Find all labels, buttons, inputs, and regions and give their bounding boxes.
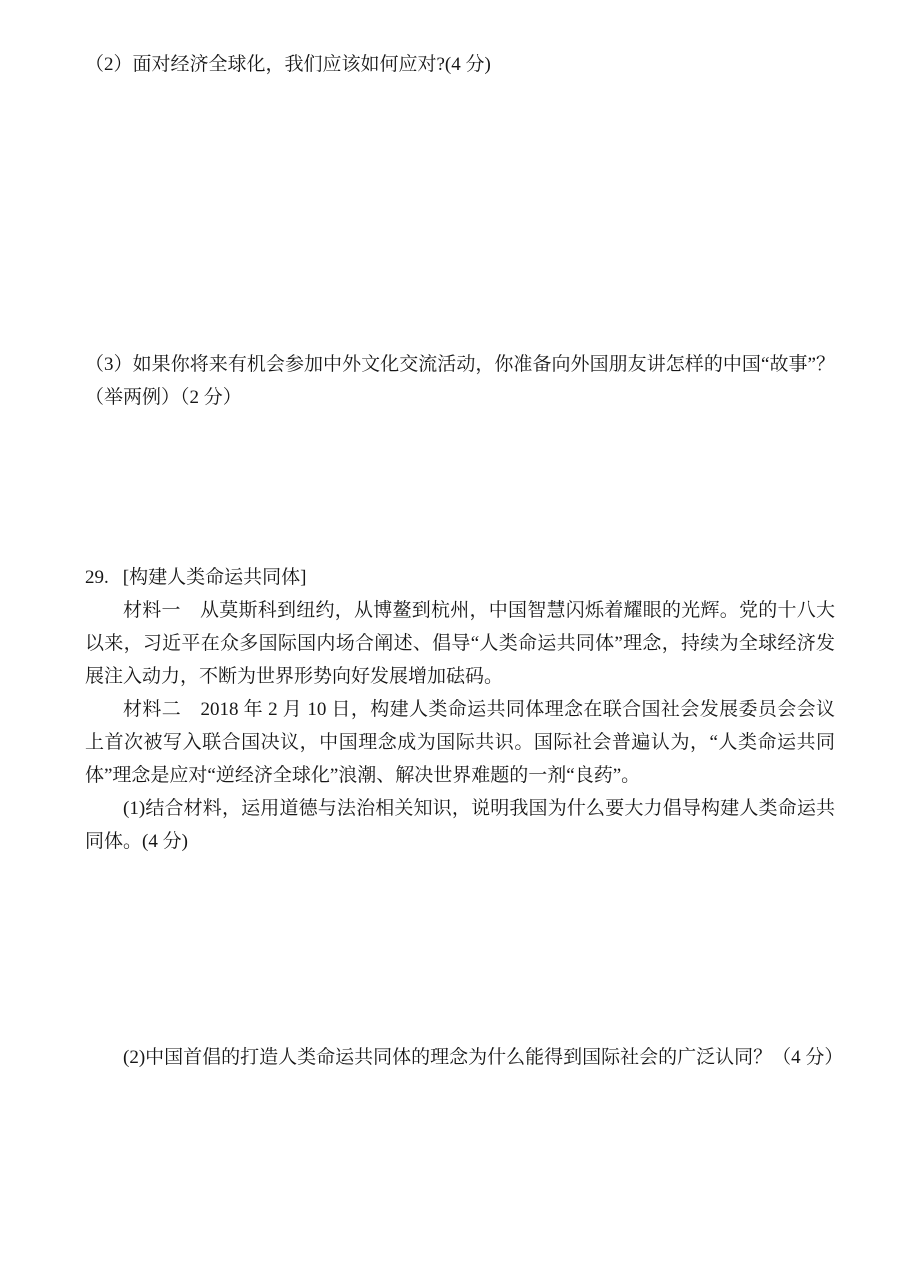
question-29-sub-1: (1)结合材料，运用道德与法治相关知识，说明我国为什么要大力倡导构建人类命运共同… bbox=[85, 792, 835, 858]
question-29-title: [构建人类命运共同体] bbox=[123, 567, 307, 588]
question-29-material-1: 材料一 从莫斯科到纽约，从博鳌到杭州，中国智慧闪烁着耀眼的光辉。党的十八大以来，… bbox=[85, 594, 835, 693]
question-29-number: 29. bbox=[85, 567, 109, 588]
question-2-prompt: （2）面对经济全球化，我们应该如何应对?(4 分) bbox=[85, 48, 835, 81]
question-3-prompt: （3）如果你将来有机会参加中外文化交流活动，你准备向外国朋友讲怎样的中国“故事”… bbox=[85, 348, 835, 414]
question-29-heading: 29.[构建人类命运共同体] bbox=[85, 561, 835, 594]
question-29-material-2: 材料二 2018 年 2 月 10 日，构建人类命运共同体理念在联合国社会发展委… bbox=[85, 693, 835, 792]
question-29-sub-2: (2)中国首倡的打造人类命运共同体的理念为什么能得到国际社会的广泛认同？（4 分… bbox=[85, 1041, 835, 1074]
exam-page: （2）面对经济全球化，我们应该如何应对?(4 分) （3）如果你将来有机会参加中… bbox=[0, 0, 921, 1276]
